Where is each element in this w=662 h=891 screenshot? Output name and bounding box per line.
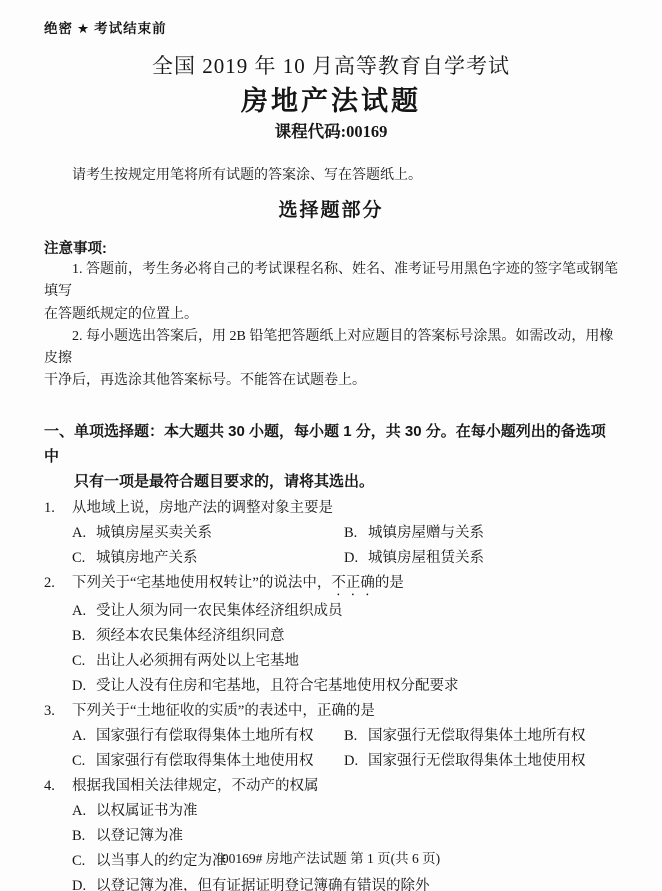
classified-note: 考试结束前: [94, 21, 167, 36]
question-stem: 从地域上说，房地产法的调整对象主要是: [72, 496, 618, 521]
options: A.受让人须为同一农民集体经济组织成员 B.须经本农民集体经济组织同意 C.出让…: [44, 599, 618, 699]
answer-sheet-instruction: 请考生按规定用笔将所有试题的答案涂、写在答题纸上。: [44, 166, 618, 186]
option-c: C.国家强行有偿取得集体土地使用权: [72, 749, 344, 774]
options: A.城镇房屋买卖关系 B.城镇房屋赠与关系 C.城镇房地产关系 D.城镇房屋租赁…: [44, 521, 618, 571]
options: A.国家强行有偿取得集体土地所有权 B.国家强行无偿取得集体土地所有权 C.国家…: [44, 724, 618, 774]
classification-banner: 绝密★考试结束前: [44, 20, 618, 38]
question-number: 4.: [44, 774, 72, 799]
part-heading: 一、单项选择题：本大题共 30 小题，每小题 1 分，共 30 分。在每小题列出…: [44, 419, 618, 494]
option-b: B.以登记簿为准: [72, 824, 618, 849]
option-a: A.城镇房屋买卖关系: [72, 521, 344, 546]
option-a: A.以权属证书为准: [72, 799, 618, 824]
question-number: 1.: [44, 496, 72, 521]
question-3: 3. 下列关于“土地征收的实质”的表述中，正确的是 A.国家强行有偿取得集体土地…: [44, 699, 618, 774]
option-d: D.城镇房屋租赁关系: [344, 546, 618, 571]
question-number: 2.: [44, 571, 72, 599]
paper-title: 房地产法试题: [44, 85, 618, 118]
option-c: C.出让人必须拥有两处以上宅基地: [72, 649, 618, 674]
option-b: B.须经本农民集体经济组织同意: [72, 624, 618, 649]
section-title: 选择题部分: [44, 199, 618, 223]
exam-title: 全国 2019 年 10 月高等教育自学考试: [44, 53, 618, 80]
page-footer: 00169# 房地产法试题 第 1 页(共 6 页): [0, 849, 662, 869]
notes-title: 注意事项:: [44, 239, 618, 259]
note-item-2-line-2: 干净后，再选涂其他答案标号。不能答在试题卷上。: [44, 370, 618, 392]
question-stem: 根据我国相关法律规定，不动产的权属: [72, 774, 618, 799]
option-d: D.以登记簿为准，但有证据证明登记簿确有错误的除外: [72, 874, 618, 891]
option-a: A.国家强行有偿取得集体土地所有权: [72, 724, 344, 749]
note-item-2-line-1: 2. 每小题选出答案后，用 2B 铅笔把答题纸上对应题目的答案标号涂黑。如需改动…: [44, 326, 618, 371]
question-1: 1. 从地域上说，房地产法的调整对象主要是 A.城镇房屋买卖关系 B.城镇房屋赠…: [44, 496, 618, 571]
note-item-1-line-2: 在答题纸规定的位置上。: [44, 304, 618, 326]
part-heading-line-1: 一、单项选择题：本大题共 30 小题，每小题 1 分，共 30 分。在每小题列出…: [44, 419, 618, 469]
star-icon: ★: [73, 21, 94, 36]
question-number: 3.: [44, 699, 72, 724]
option-d: D.国家强行无偿取得集体土地使用权: [344, 749, 618, 774]
course-code: 课程代码:00169: [44, 121, 618, 143]
option-c: C.城镇房地产关系: [72, 546, 344, 571]
question-stem: 下列关于“土地征收的实质”的表述中，正确的是: [72, 699, 618, 724]
question-4: 4. 根据我国相关法律规定，不动产的权属 A.以权属证书为准 B.以登记簿为准 …: [44, 774, 618, 891]
options: A.以权属证书为准 B.以登记簿为准 C.以当事人的约定为准 D.以登记簿为准，…: [44, 799, 618, 891]
exam-paper-page: 绝密★考试结束前 全国 2019 年 10 月高等教育自学考试 房地产法试题 课…: [0, 0, 662, 891]
option-b: B.城镇房屋赠与关系: [344, 521, 618, 546]
notes-list: 1. 答题前，考生务必将自己的考试课程名称、姓名、准考证号用黑色字迹的签字笔或钢…: [44, 259, 618, 393]
option-d: D.受让人没有住房和宅基地，且符合宅基地使用权分配要求: [72, 674, 618, 699]
question-2: 2. 下列关于“宅基地使用权转让”的说法中，不正确的是 A.受让人须为同一农民集…: [44, 571, 618, 699]
emphasized-text: 不正确: [331, 575, 375, 591]
question-list: 1. 从地域上说，房地产法的调整对象主要是 A.城镇房屋买卖关系 B.城镇房屋赠…: [44, 496, 618, 891]
option-a: A.受让人须为同一农民集体经济组织成员: [72, 599, 618, 624]
question-stem: 下列关于“宅基地使用权转让”的说法中，不正确的是: [72, 571, 618, 599]
option-b: B.国家强行无偿取得集体土地所有权: [344, 724, 618, 749]
note-item-1-line-1: 1. 答题前，考生务必将自己的考试课程名称、姓名、准考证号用黑色字迹的签字笔或钢…: [44, 259, 618, 304]
classified-label: 绝密: [44, 21, 73, 36]
part-heading-line-2: 只有一项是最符合题目要求的，请将其选出。: [44, 469, 618, 494]
